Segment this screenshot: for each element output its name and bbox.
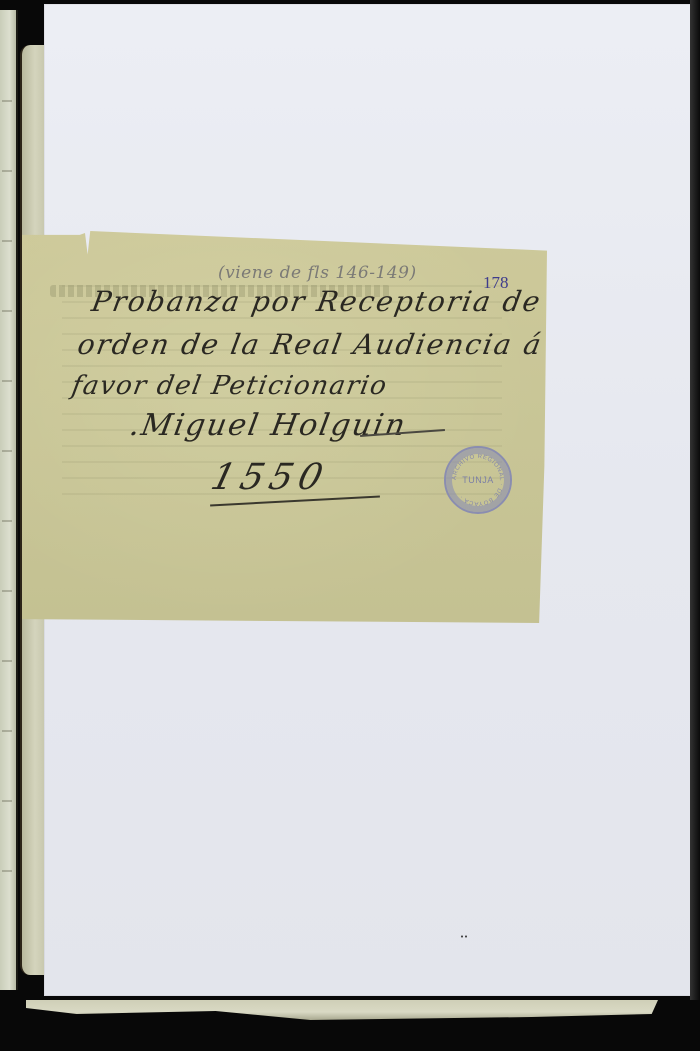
stamp-ring-icon: ARCHIVO REGIONAL · DE BOYACA · (446, 448, 510, 512)
right-edge-shadow (690, 0, 700, 1000)
paper-specks (460, 935, 468, 938)
adjacent-page-edge (0, 10, 18, 990)
archive-stamp: ARCHIVO REGIONAL · DE BOYACA · TUNJA (444, 446, 512, 514)
title-line-1: Probanza por Receptoria de (89, 285, 544, 318)
pencil-annotation: (viene de fls 146-149) (218, 263, 417, 283)
adjacent-page-handwriting-marks (2, 70, 12, 930)
title-line-3: favor del Peticionario (69, 371, 390, 401)
petitioner-name: .Miguel Holguin (127, 408, 410, 443)
svg-text:ARCHIVO REGIONAL · DE BOYACA ·: ARCHIVO REGIONAL · DE BOYACA · (452, 454, 504, 506)
stamp-ring-text: ARCHIVO REGIONAL · DE BOYACA · (452, 454, 504, 506)
year: 1550 (207, 457, 333, 498)
title-line-2: orden de la Real Audiencia á (75, 328, 545, 361)
bottom-binding-strip (26, 1000, 658, 1020)
